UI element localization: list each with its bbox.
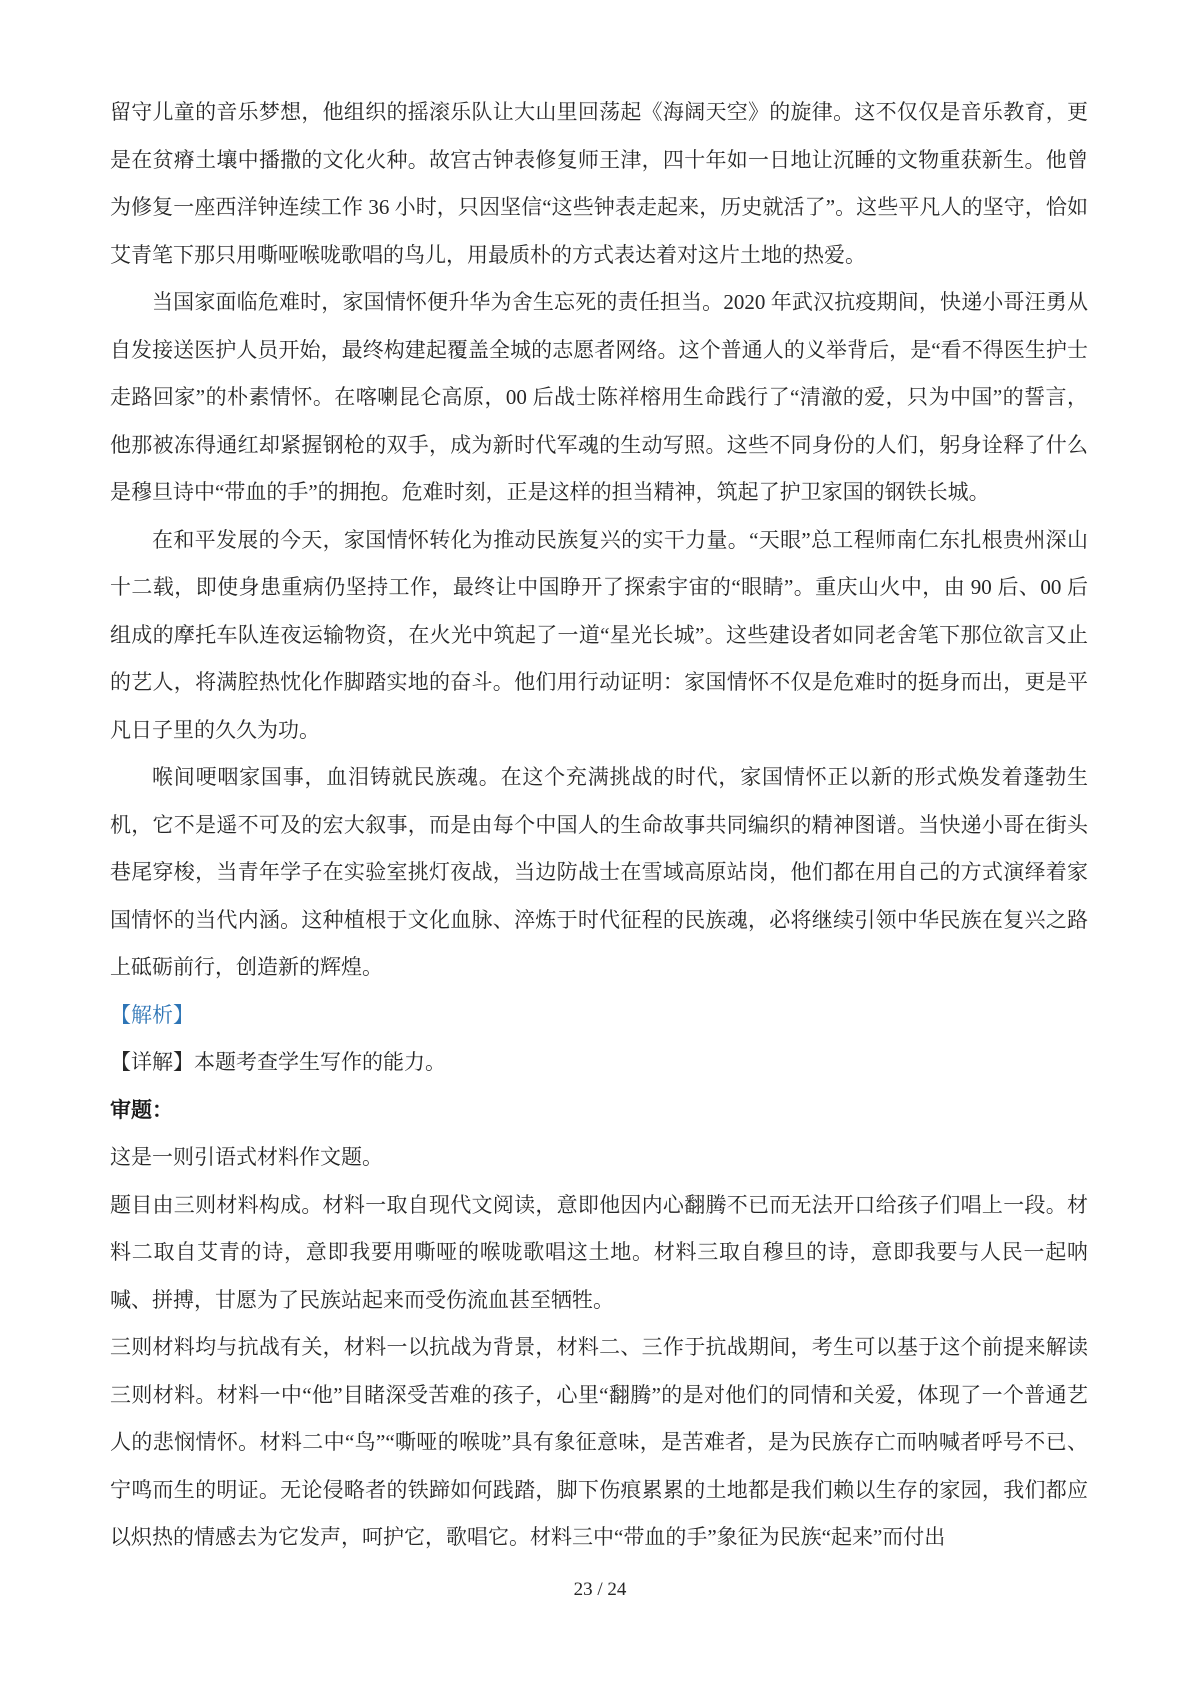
review-topic-heading: 审题： bbox=[110, 1087, 1088, 1135]
analysis-paragraph: 题目由三则材料构成。材料一取自现代文阅读，意即他因内心翻腾不已而无法开口给孩子们… bbox=[110, 1182, 1088, 1325]
essay-paragraph: 在和平发展的今天，家国情怀转化为推动民族复兴的实干力量。“天眼”总工程师南仁东扎… bbox=[110, 517, 1088, 755]
analysis-section-heading: 【解析】 bbox=[110, 992, 1088, 1040]
analysis-paragraph: 三则材料均与抗战有关，材料一以抗战为背景，材料二、三作于抗战期间，考生可以基于这… bbox=[110, 1324, 1088, 1562]
page-number: 23 / 24 bbox=[0, 1578, 1200, 1602]
essay-paragraph-continuation: 留守儿童的音乐梦想，他组织的摇滚乐队让大山里回荡起《海阔天空》的旋律。这不仅仅是… bbox=[110, 89, 1088, 279]
page-content: 留守儿童的音乐梦想，他组织的摇滚乐队让大山里回荡起《海阔天空》的旋律。这不仅仅是… bbox=[110, 89, 1088, 1562]
essay-paragraph: 喉间哽咽家国事，血泪铸就民族魂。在这个充满挑战的时代，家国情怀正以新的形式焕发着… bbox=[110, 754, 1088, 992]
document-page: 留守儿童的音乐梦想，他组织的摇滚乐队让大山里回荡起《海阔天空》的旋律。这不仅仅是… bbox=[0, 0, 1200, 1697]
detail-explanation-line: 【详解】本题考查学生写作的能力。 bbox=[110, 1039, 1088, 1087]
essay-paragraph: 当国家面临危难时，家国情怀便升华为舍生忘死的责任担当。2020 年武汉抗疫期间，… bbox=[110, 279, 1088, 517]
review-intro-line: 这是一则引语式材料作文题。 bbox=[110, 1134, 1088, 1182]
